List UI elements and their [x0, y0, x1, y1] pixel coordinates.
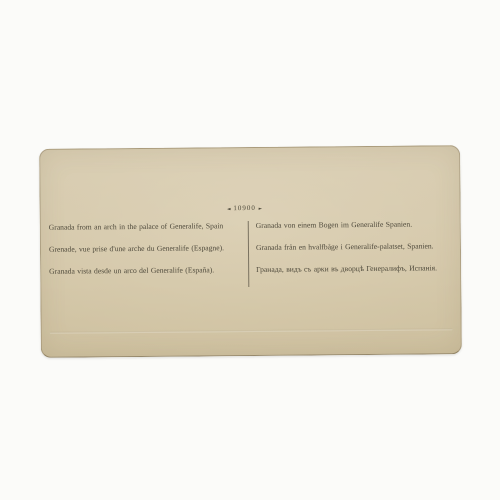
title-spanish: Granada vista desde un arco del Generali… — [49, 265, 227, 288]
ornament-right-icon: ► — [259, 206, 263, 211]
catalog-number-value: 10900 — [233, 204, 256, 212]
title-columns: Granada from an arch in the palace of Ge… — [49, 219, 447, 288]
ornament-left-icon: ◄ — [227, 207, 231, 212]
title-german: Granada von einem Bogen im Generalife Sp… — [256, 219, 446, 242]
stereocard-back: ◄ 10900 ► Granada from an arch in the pa… — [39, 145, 462, 358]
titles-left-column: Granada from an arch in the palace of Ge… — [49, 221, 249, 289]
photo-background: ◄ 10900 ► Granada from an arch in the pa… — [0, 0, 500, 500]
title-french: Grenade, vue prise d'une arche du Genera… — [49, 243, 227, 266]
title-swedish: Granada från en hvalfbåge i Generalife-p… — [256, 241, 446, 264]
title-english: Granada from an arch in the palace of Ge… — [49, 221, 227, 244]
titles-right-column: Granada von einem Bogen im Generalife Sp… — [248, 219, 447, 287]
title-russian: Гранада, видъ съ арки въ дворцѣ Генерали… — [256, 263, 446, 286]
catalog-number: ◄ 10900 ► — [41, 202, 449, 216]
